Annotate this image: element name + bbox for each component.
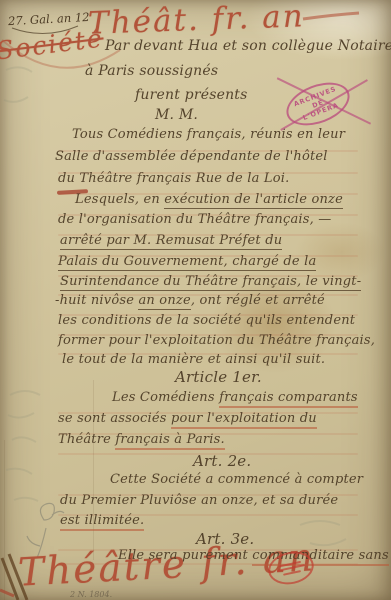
red-annotation-top: Théât. fr. an (87, 0, 305, 42)
text-segment: Art. 2e. (193, 452, 251, 470)
text-segment: former pour l'exploitation du Théâtre fr… (58, 333, 375, 348)
pencil-date-note: 2 N. 1804. (70, 590, 112, 599)
text-segment: Art. 3e. (196, 530, 254, 548)
paper-crease (93, 380, 94, 560)
manuscript-line: du Théâtre français Rue de la Loi. (58, 171, 289, 186)
text-segment: Salle d'assemblée dépendante de l'hôtel (55, 149, 328, 164)
text-segment: à Paris soussignés (85, 63, 218, 79)
manuscript-line: M. M. (155, 107, 198, 123)
red-annotation-crossed-out: Société (0, 24, 105, 66)
manuscript-line: à Paris soussignés (85, 63, 218, 79)
text-segment: Surintendance du Théâtre français, le vi… (60, 274, 361, 291)
text-segment: Par devant Hua et son collègue Notaires (105, 38, 391, 54)
text-segment: exécution de l'article onze (164, 192, 343, 209)
text-segment: français à Paris. (115, 432, 225, 450)
manuscript-line: Les Comédiens français comparants (112, 390, 358, 405)
text-segment: -huit nivôse (55, 293, 138, 308)
manuscript-line: de l'organisation du Théâtre français, — (58, 212, 332, 227)
text-segment: Palais du Gouvernement, chargé de la (58, 254, 316, 271)
text-segment: se sont associés (58, 411, 171, 426)
text-segment: Elle sera purement (118, 548, 252, 563)
text-segment: Théâtre (58, 432, 115, 447)
archivist-corner-note: 27. Gal. an 12 (8, 10, 90, 28)
manuscript-line: arrêté par M. Remusat Préfet du (60, 233, 282, 248)
manuscript-line: Lesquels, en exécution de l'article onze (75, 192, 343, 207)
manuscript-line: les conditions de la société qu'ils ente… (58, 313, 355, 328)
red-dash-stroke (303, 13, 359, 19)
manuscript-line: Théâtre français à Paris. (58, 432, 225, 447)
text-segment: les conditions de la société qu'ils ente… (58, 313, 355, 328)
text-segment: Tous Comédiens français, réunis en leur (72, 127, 345, 142)
manuscript-line: former pour l'exploitation du Théâtre fr… (58, 333, 375, 348)
manuscript-line: Surintendance du Théâtre français, le vi… (60, 274, 361, 289)
text-segment: arrêté par M. Remusat Préfet du (60, 233, 282, 250)
manuscript-line: Par devant Hua et son collègue Notaires (105, 38, 391, 54)
manuscript-page: 27. Gal. an 12 Théât. fr. an Société Thé… (0, 0, 391, 600)
manuscript-line: Tous Comédiens français, réunis en leur (72, 127, 345, 142)
manuscript-line: se sont associés pour l'exploitation du (58, 411, 317, 426)
text-segment: français comparants (219, 390, 358, 408)
paper-crease (4, 440, 5, 600)
manuscript-line: Art. 3e. (196, 530, 254, 548)
text-segment: est illimitée. (60, 513, 144, 531)
manuscript-line: Cette Société a commencé à compter (110, 472, 363, 487)
text-segment: Article 1er. (175, 368, 262, 386)
text-segment: du Premier Pluviôse an onze, et sa durée (60, 493, 338, 508)
text-segment: furent présents (135, 87, 248, 103)
manuscript-line: du Premier Pluviôse an onze, et sa durée (60, 493, 338, 508)
text-segment: Les Comédiens (112, 390, 219, 405)
text-segment: an onze (138, 293, 190, 310)
manuscript-line: le tout de la manière et ainsi qu'il sui… (62, 352, 325, 367)
manuscript-line: Art. 2e. (193, 452, 251, 470)
text-segment: du Théâtre français Rue de la Loi. (58, 171, 289, 186)
manuscript-line: est illimitée. (60, 513, 144, 528)
text-segment: pour l'exploitation du (171, 411, 317, 429)
text-segment: le tout de la manière et ainsi qu'il sui… (62, 352, 325, 367)
text-segment: Cette Société a commencé à compter (110, 472, 363, 487)
text-segment: , ont réglé et arrêté (191, 293, 325, 308)
manuscript-line: furent présents (135, 87, 248, 103)
text-segment: M. M. (155, 107, 198, 123)
manuscript-line: Article 1er. (175, 368, 262, 386)
manuscript-line: -huit nivôse an onze, ont réglé et arrêt… (55, 293, 325, 308)
manuscript-line: Palais du Gouvernement, chargé de la (58, 254, 316, 269)
manuscript-line: Salle d'assemblée dépendante de l'hôtel (55, 149, 328, 164)
text-segment: de l'organisation du Théâtre français, — (58, 212, 332, 227)
text-segment: Lesquels, en (75, 192, 164, 207)
manuscript-line: Elle sera purement commanditaire sans (118, 548, 389, 563)
